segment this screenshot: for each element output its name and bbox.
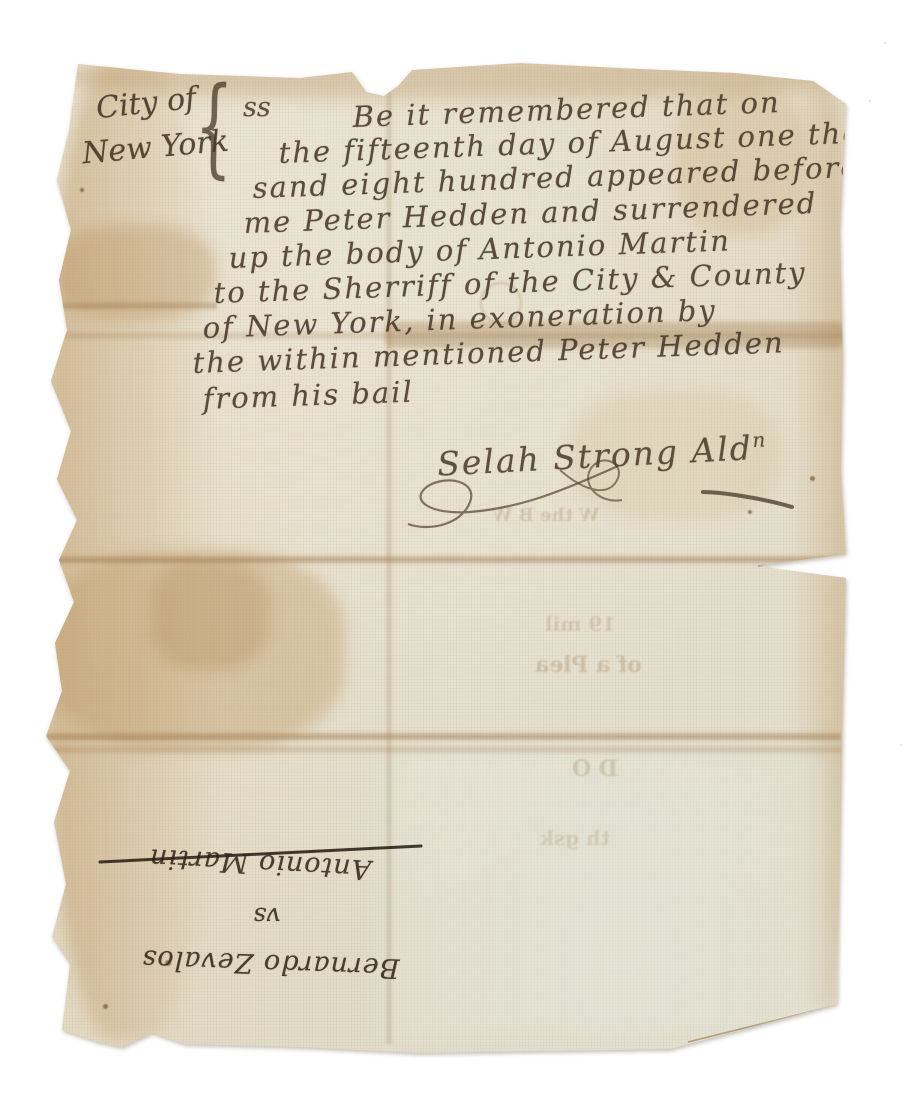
fold-crease-horizontal [57,300,217,311]
fold-crease-horizontal [57,554,847,565]
body-line: from his bail [202,375,414,416]
stain [55,225,215,320]
stain [45,60,215,1040]
bleedthrough-text: th gsk [540,826,610,850]
jurat-ss-abbreviation: ss [243,92,271,123]
tear-crack-line [758,561,846,566]
docket-party-top: Antonio Martin [94,839,425,887]
pen-dash-stroke [703,492,792,507]
bleedthrough-text: W the B W [492,505,599,526]
bleedthrough-text: of a Plea [535,652,642,678]
corner-fold-line [688,1006,833,1042]
stain [45,550,345,750]
fold-crease-horizontal [46,744,841,755]
signature-selah-strong: Selah Strong Aldn [436,427,768,483]
paper-sheet: of a Plea W the B W 19 mil D O th gsk Ci… [0,0,914,1100]
scanned-document-image: of a Plea W the B W 19 mil D O th gsk Ci… [0,0,914,1100]
docket-party-bottom: Bernardo Zevalos [118,943,424,985]
ink-speck [748,510,752,514]
docket-versus: vs [232,902,302,931]
ink-speck [80,188,84,192]
stain [150,560,270,670]
signature-name: Selah Strong Ald [436,428,754,483]
signature-superscript: n [752,427,768,452]
fold-crease-horizontal [46,731,841,742]
venue-brace: { [194,72,234,182]
pale-region [380,750,830,1040]
bleedthrough-text: 19 mil [545,612,616,636]
aged-paper: of a Plea W the B W 19 mil D O th gsk Ci… [0,0,914,1100]
venue-line-city-of: City of [94,81,197,126]
bleedthrough-text: D O [572,756,618,782]
ink-speck [810,476,815,481]
ink-speck [103,1004,108,1009]
